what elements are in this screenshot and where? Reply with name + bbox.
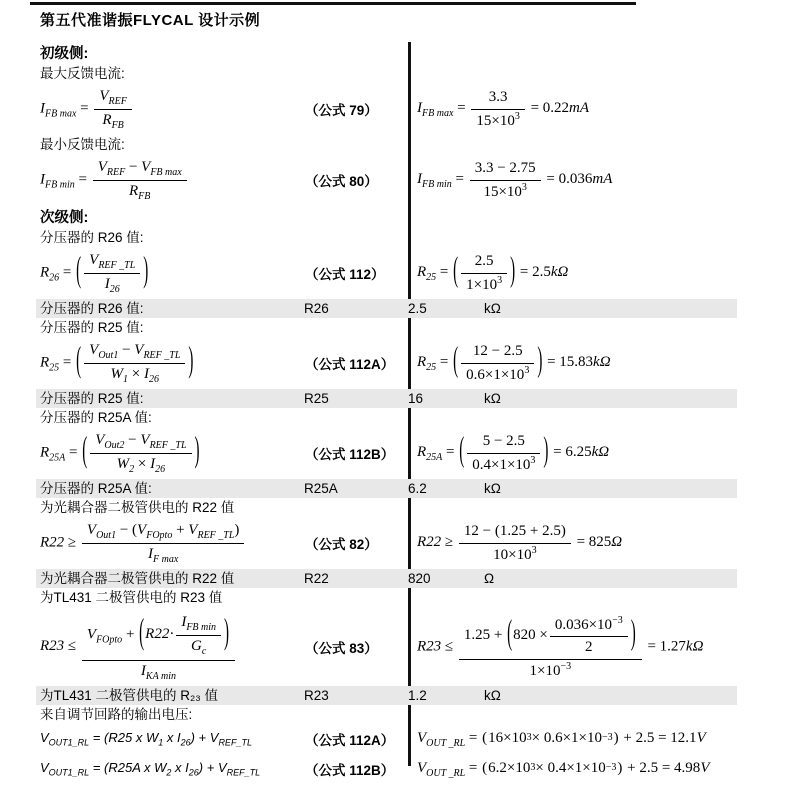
formula-row-r23: R23 ≤ VFOpto + (R22 · IFB minGc)IKA min …: [40, 607, 795, 686]
formula-r23-symbolic: R23 ≤ VFOpto + (R22 · IFB minGc)IKA min: [40, 610, 305, 683]
result-value: 1.2: [408, 687, 484, 705]
row-label-r22: 为光耦合器二极管供电的 R22 值: [40, 499, 795, 516]
top-rule: [30, 2, 636, 5]
formula-row-r26: R26 = (VREF _TLI26) （公式 112） R25 = (2.51…: [40, 247, 795, 299]
formula-r26-symbolic: R26 = (VREF _TLI26): [40, 250, 305, 296]
result-unit: kΩ: [484, 480, 737, 498]
result-row-r22: 为光耦合器二极管供电的 R22 值 R22 820 Ω: [36, 569, 737, 588]
equation-number-112b-out: （公式 112B）: [305, 759, 408, 779]
formula-r25a-numeric: R25A = (5 − 2.50.4×1×103) = 6.25kΩ: [408, 431, 795, 475]
result-row-r25: 分压器的 R25 值: R25 16 kΩ: [36, 389, 737, 408]
equation-number-112b: （公式 112B）: [305, 443, 408, 463]
formula-r22-symbolic: R22 ≥ VOut1 − (VFOpto + VREF _TL)IF max: [40, 520, 305, 566]
row-label-output-voltage: 来自调节回路的输出电压:: [40, 706, 795, 723]
equation-number-80: （公式 80）: [305, 170, 408, 190]
result-value: 2.5: [408, 300, 484, 318]
formula-row-r25: R25 = (VOut1 − VREF _TLW1 × I26) （公式 112…: [40, 337, 795, 389]
result-label: 分压器的 R25A 值:: [36, 480, 304, 498]
result-ref-designator: R22: [304, 570, 408, 588]
row-label-r25a: 分压器的 R25A 值:: [40, 409, 795, 426]
formula-r22-numeric: R22 ≥ 12 − (1.25 + 2.5)10×103 = 825Ω: [408, 521, 795, 565]
equation-number-82: （公式 82）: [305, 533, 408, 553]
formula-ifbmin-numeric: IFB min = 3.3 − 2.7515×103 = 0.036mA: [408, 158, 795, 202]
equation-number-83: （公式 83）: [305, 637, 408, 657]
formula-r25-numeric: R25 = (12 − 2.50.6×1×103) = 15.83kΩ: [408, 341, 795, 385]
formula-r26-numeric: R25 = (2.51×103) = 2.5kΩ: [408, 251, 795, 295]
formula-row-r25a: R25A = (VOut2 − VREF _TLW2 × I26) （公式 11…: [40, 427, 795, 479]
document-title: 第五代准谐振FLYCAL 设计示例: [40, 9, 260, 30]
formula-row-ifbmax: IFB max = VREFRFB （公式 79） IFB max = 3.31…: [40, 83, 795, 135]
formula-row-r22: R22 ≥ VOut1 − (VFOpto + VREF _TL)IF max …: [40, 517, 795, 569]
formula-r25a-symbolic: R25A = (VOut2 − VREF _TLW2 × I26): [40, 430, 305, 476]
formula-vout2-symbolic: VOUT1_RL = (R25A x W2 x I26) + VREF_TL: [40, 761, 305, 778]
formula-row-ifbmin: IFB min = VREF − VFB maxRFB （公式 80） IFB …: [40, 154, 795, 206]
result-label: 分压器的 R25 值:: [36, 390, 304, 408]
row-label-r26: 分压器的 R26 值:: [40, 229, 795, 246]
result-ref-designator: R25: [304, 390, 408, 408]
formula-r25-symbolic: R25 = (VOut1 − VREF _TLW1 × I26): [40, 340, 305, 386]
section-heading-primary-side: 初级侧:: [40, 45, 795, 63]
formula-vout2-numeric: VOUT _RL = (6.2×103 × 0.4×1×10−3) + 2.5 …: [408, 760, 795, 779]
equation-number-112a-out: （公式 112A）: [305, 729, 408, 749]
result-unit: kΩ: [484, 300, 737, 318]
equation-number-112: （公式 112）: [305, 263, 408, 283]
result-value: 820: [408, 570, 484, 588]
formula-ifbmax-symbolic: IFB max = VREFRFB: [40, 86, 305, 132]
result-row-r26: 分压器的 R26 值: R26 2.5 kΩ: [36, 299, 737, 318]
document-body: 初级侧: 最大反馈电流: IFB max = VREFRFB （公式 79） I…: [0, 42, 795, 784]
result-unit: kΩ: [484, 687, 737, 705]
formula-r23-numeric: R23 ≤ 1.25 + (820 × 0.036×10−32)1×10−3 =…: [408, 612, 795, 682]
formula-row-vout2: VOUT1_RL = (R25A x W2 x I26) + VREF_TL （…: [40, 754, 795, 784]
row-label-ifbmax: 最大反馈电流:: [40, 65, 795, 82]
formula-vout1-numeric: VOUT _RL = (16×103 × 0.6×1×10−3) + 2.5 =…: [408, 730, 795, 749]
section-heading-secondary-side: 次级侧:: [40, 209, 795, 227]
equation-number-79: （公式 79）: [305, 99, 408, 119]
row-label-ifbmin: 最小反馈电流:: [40, 136, 795, 153]
row-label-r25: 分压器的 R25 值:: [40, 319, 795, 336]
result-row-r23: 为TL431 二极管供电的 R₂₃ 值 R23 1.2 kΩ: [36, 686, 737, 705]
result-value: 6.2: [408, 480, 484, 498]
formula-vout1-symbolic: VOUT1_RL = (R25 x W1 x I26) + VREF_TL: [40, 731, 305, 748]
formula-ifbmax-numeric: IFB max = 3.315×103 = 0.22mA: [408, 87, 795, 131]
result-value: 16: [408, 390, 484, 408]
result-unit: Ω: [484, 570, 737, 588]
result-ref-designator: R25A: [304, 480, 408, 498]
formula-ifbmin-symbolic: IFB min = VREF − VFB maxRFB: [40, 157, 305, 203]
result-ref-designator: R26: [304, 300, 408, 318]
result-label: 为TL431 二极管供电的 R₂₃ 值: [36, 687, 304, 705]
equation-number-112a: （公式 112A）: [305, 353, 408, 373]
result-label: 为光耦合器二极管供电的 R22 值: [36, 570, 304, 588]
result-row-r25a: 分压器的 R25A 值: R25A 6.2 kΩ: [36, 479, 737, 498]
result-unit: kΩ: [484, 390, 737, 408]
row-label-r23: 为TL431 二极管供电的 R23 值: [40, 589, 795, 606]
result-ref-designator: R23: [304, 687, 408, 705]
result-label: 分压器的 R26 值:: [36, 300, 304, 318]
formula-row-vout1: VOUT1_RL = (R25 x W1 x I26) + VREF_TL （公…: [40, 724, 795, 754]
